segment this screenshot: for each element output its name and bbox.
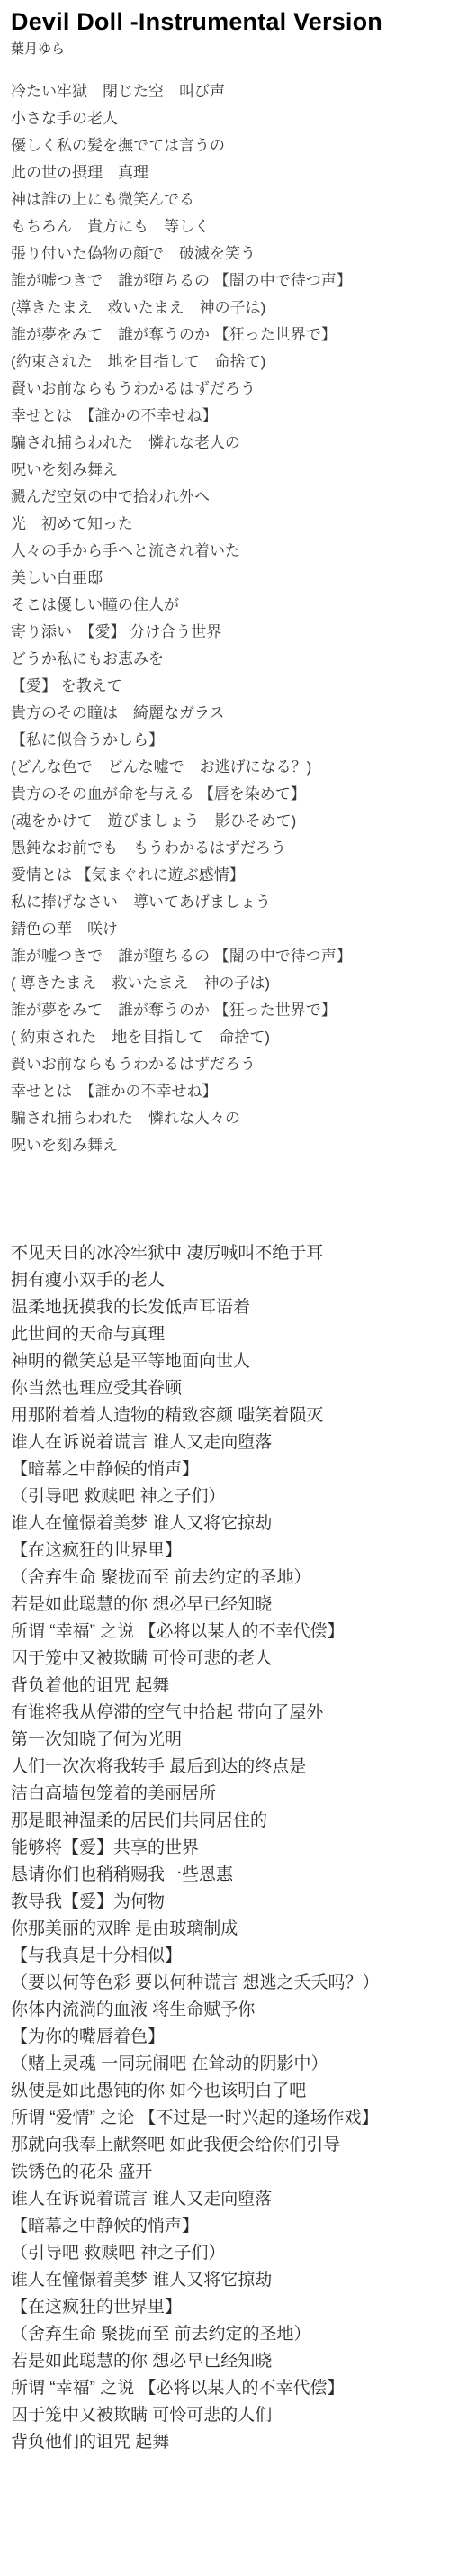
lyric-line: 呪いを刻み舞え — [11, 457, 443, 484]
lyric-line: 谁人在诉说着谎言 谁人又走向堕落 — [11, 2186, 443, 2213]
lyric-line: 神は誰の上にも微笑んでる — [11, 186, 443, 213]
lyric-line: 寄り添い 【愛】 分け合う世界 — [11, 619, 443, 646]
lyric-line: 若是如此聪慧的你 想必早已经知晓 — [11, 2348, 443, 2375]
lyric-line: 铁锈色的花朵 盛开 — [11, 2159, 443, 2186]
lyric-line: 不见天日的冰冷牢狱中 凄厉喊叫不绝于耳 — [11, 1240, 443, 1267]
lyric-line: 此の世の摂理 真理 — [11, 159, 443, 186]
lyric-line: 所谓 “幸福” 之说 【必将以某人的不幸代偿】 — [11, 1619, 443, 1646]
lyric-line: 澱んだ空気の中で拾われ外へ — [11, 484, 443, 511]
lyric-line: 拥有瘦小双手的老人 — [11, 1267, 443, 1294]
artist-name: 葉月ゆら — [11, 41, 443, 59]
lyric-line: 谁人在诉说着谎言 谁人又走向堕落 — [11, 1429, 443, 1456]
lyric-line: 騙され捕らわれた 憐れな人々の — [11, 1105, 443, 1132]
lyric-line: 錆色の華 咲け — [11, 916, 443, 943]
lyric-line: （要以何等色彩 要以何种谎言 想逃之夭夭吗？） — [11, 1970, 443, 1997]
lyric-line: 賢いお前ならもうわかるはずだろう — [11, 1051, 443, 1078]
lyric-line: (魂をかけて 遊びましょう 影ひそめて) — [11, 808, 443, 835]
lyric-line: 賢いお前ならもうわかるはずだろう — [11, 376, 443, 403]
lyric-line: 愛情とは 【気まぐれに遊ぶ感情】 — [11, 862, 443, 889]
lyric-line: 誰が嘘つきで 誰が堕ちるの 【闇の中で待つ声】 — [11, 943, 443, 970]
lyrics-page: Devil Doll -Instrumental Version 葉月ゆら 冷た… — [0, 0, 450, 2576]
lyric-line: 洁白高墙包笼着的美丽居所 — [11, 1781, 443, 1808]
lyric-line: ( 導きたまえ 救いたまえ 神の子は) — [11, 970, 443, 997]
chinese-lyrics-section: 不见天日的冰冷牢狱中 凄厉喊叫不绝于耳拥有瘦小双手的老人温柔地抚摸我的长发低声耳… — [11, 1240, 443, 2456]
lyric-line: 冷たい牢獄 閉じた空 叫び声 — [11, 78, 443, 105]
lyric-line: 人々の手から手へと流され着いた — [11, 538, 443, 565]
lyric-line: （舍弃生命 聚拢而至 前去约定的圣地） — [11, 1565, 443, 1592]
lyric-line: 騙され捕らわれた 憐れな老人の — [11, 430, 443, 457]
lyric-line: 纵使是如此愚钝的你 如今也该明白了吧 — [11, 2078, 443, 2105]
lyric-line: 貴方のその瞳は 綺麗なガラス — [11, 700, 443, 727]
lyric-line: （舍弃生命 聚拢而至 前去约定的圣地） — [11, 2321, 443, 2348]
lyric-line: 你当然也理应受其眷顾 — [11, 1375, 443, 1402]
lyric-line: 谁人在憧憬着美梦 谁人又将它掠劫 — [11, 2267, 443, 2294]
lyric-line: 背负他们的诅咒 起舞 — [11, 2429, 443, 2456]
lyric-line: 誰が夢をみて 誰が奪うのか 【狂った世界で】 — [11, 997, 443, 1024]
lyric-line: そこは優しい瞳の住人が — [11, 592, 443, 619]
lyric-line: 愚鈍なお前でも もうわかるはずだろう — [11, 835, 443, 862]
lyric-line: 用那附着着人造物的精致容颜 嗤笑着陨灭 — [11, 1402, 443, 1429]
lyric-line: 【私に似合うかしら】 — [11, 727, 443, 754]
lyric-line: 【愛】 を教えて — [11, 673, 443, 700]
lyric-line: 恳请你们也稍稍赐我一些恩惠 — [11, 1862, 443, 1889]
lyric-line: 【为你的嘴唇着色】 — [11, 2024, 443, 2051]
lyric-line: 【与我真是十分相似】 — [11, 1943, 443, 1970]
lyric-line: 【暗幕之中静候的悄声】 — [11, 2213, 443, 2240]
lyric-line: （赌上灵魂 一同玩闹吧 在耸动的阴影中） — [11, 2051, 443, 2078]
lyric-line: 你体内流淌的血液 将生命赋予你 — [11, 1997, 443, 2024]
lyric-line: もちろん 貴方にも 等しく — [11, 213, 443, 240]
lyric-line: 那就向我奉上献祭吧 如此我便会给你们引导 — [11, 2132, 443, 2159]
lyric-line: 若是如此聪慧的你 想必早已经知晓 — [11, 1592, 443, 1619]
lyric-line: 第一次知晓了何为光明 — [11, 1727, 443, 1754]
lyric-line: 此世间的天命与真理 — [11, 1321, 443, 1348]
lyric-line: 谁人在憧憬着美梦 谁人又将它掠劫 — [11, 1510, 443, 1537]
page-title: Devil Doll -Instrumental Version — [11, 7, 443, 36]
lyric-line: 優しく私の髪を撫でては言うの — [11, 132, 443, 159]
lyric-line: 張り付いた偽物の顔で 破滅を笑う — [11, 240, 443, 268]
lyric-line: （引导吧 救赎吧 神之子们） — [11, 1483, 443, 1510]
lyric-line: 所谓 “爱情” 之论 【不过是一时兴起的逢场作戏】 — [11, 2105, 443, 2132]
lyric-line: (導きたまえ 救いたまえ 神の子は) — [11, 295, 443, 322]
lyric-line: （引导吧 救赎吧 神之子们） — [11, 2240, 443, 2267]
lyric-line: (どんな色で どんな嘘で お逃げになる？) — [11, 754, 443, 781]
lyric-line: 【暗幕之中静候的悄声】 — [11, 1456, 443, 1483]
lyric-line: どうか私にもお恵みを — [11, 646, 443, 673]
lyric-line: 你那美丽的双眸 是由玻璃制成 — [11, 1916, 443, 1943]
lyric-line: 幸せとは 【誰かの不幸せね】 — [11, 403, 443, 430]
lyric-line: 神明的微笑总是平等地面向世人 — [11, 1348, 443, 1375]
lyric-line: 呪いを刻み舞え — [11, 1132, 443, 1159]
lyric-line: 教导我【爱】为何物 — [11, 1889, 443, 1916]
lyric-line: 囚于笼中又被欺瞒 可怜可悲的人们 — [11, 2402, 443, 2429]
lyric-line: 光 初めて知った — [11, 511, 443, 538]
lyric-line: 幸せとは 【誰かの不幸せね】 — [11, 1078, 443, 1105]
lyric-line: 所谓 “幸福” 之说 【必将以某人的不幸代偿】 — [11, 2375, 443, 2402]
lyric-line: (約束された 地を目指して 命捨て) — [11, 349, 443, 376]
lyric-line: 誰が夢をみて 誰が奪うのか 【狂った世界で】 — [11, 322, 443, 349]
lyric-line: 背负着他的诅咒 起舞 — [11, 1673, 443, 1700]
lyric-line: 温柔地抚摸我的长发低声耳语着 — [11, 1294, 443, 1321]
lyric-line: 小さな手の老人 — [11, 105, 443, 132]
lyric-line: 美しい白亜邸 — [11, 565, 443, 592]
lyric-line: 【在这疯狂的世界里】 — [11, 1537, 443, 1565]
lyric-line: 貴方のその血が命を与える 【唇を染めて】 — [11, 781, 443, 808]
lyric-line: 有谁将我从停滞的空气中拾起 带向了屋外 — [11, 1700, 443, 1727]
lyric-line: 能够将【爱】共享的世界 — [11, 1835, 443, 1862]
lyric-line: 【在这疯狂的世界里】 — [11, 2294, 443, 2321]
lyric-line: ( 約束された 地を目指して 命捨て) — [11, 1024, 443, 1051]
lyric-line: 那是眼神温柔的居民们共同居住的 — [11, 1808, 443, 1835]
lyric-line: 私に捧げなさい 導いてあげましょう — [11, 889, 443, 916]
lyric-line: 誰が嘘つきで 誰が堕ちるの 【闇の中で待つ声】 — [11, 268, 443, 295]
japanese-lyrics-section: 冷たい牢獄 閉じた空 叫び声小さな手の老人優しく私の髪を撫でては言うの此の世の摂… — [11, 78, 443, 1159]
lyric-line: 囚于笼中又被欺瞒 可怜可悲的老人 — [11, 1646, 443, 1673]
lyric-line: 人们一次次将我转手 最后到达的终点是 — [11, 1754, 443, 1781]
